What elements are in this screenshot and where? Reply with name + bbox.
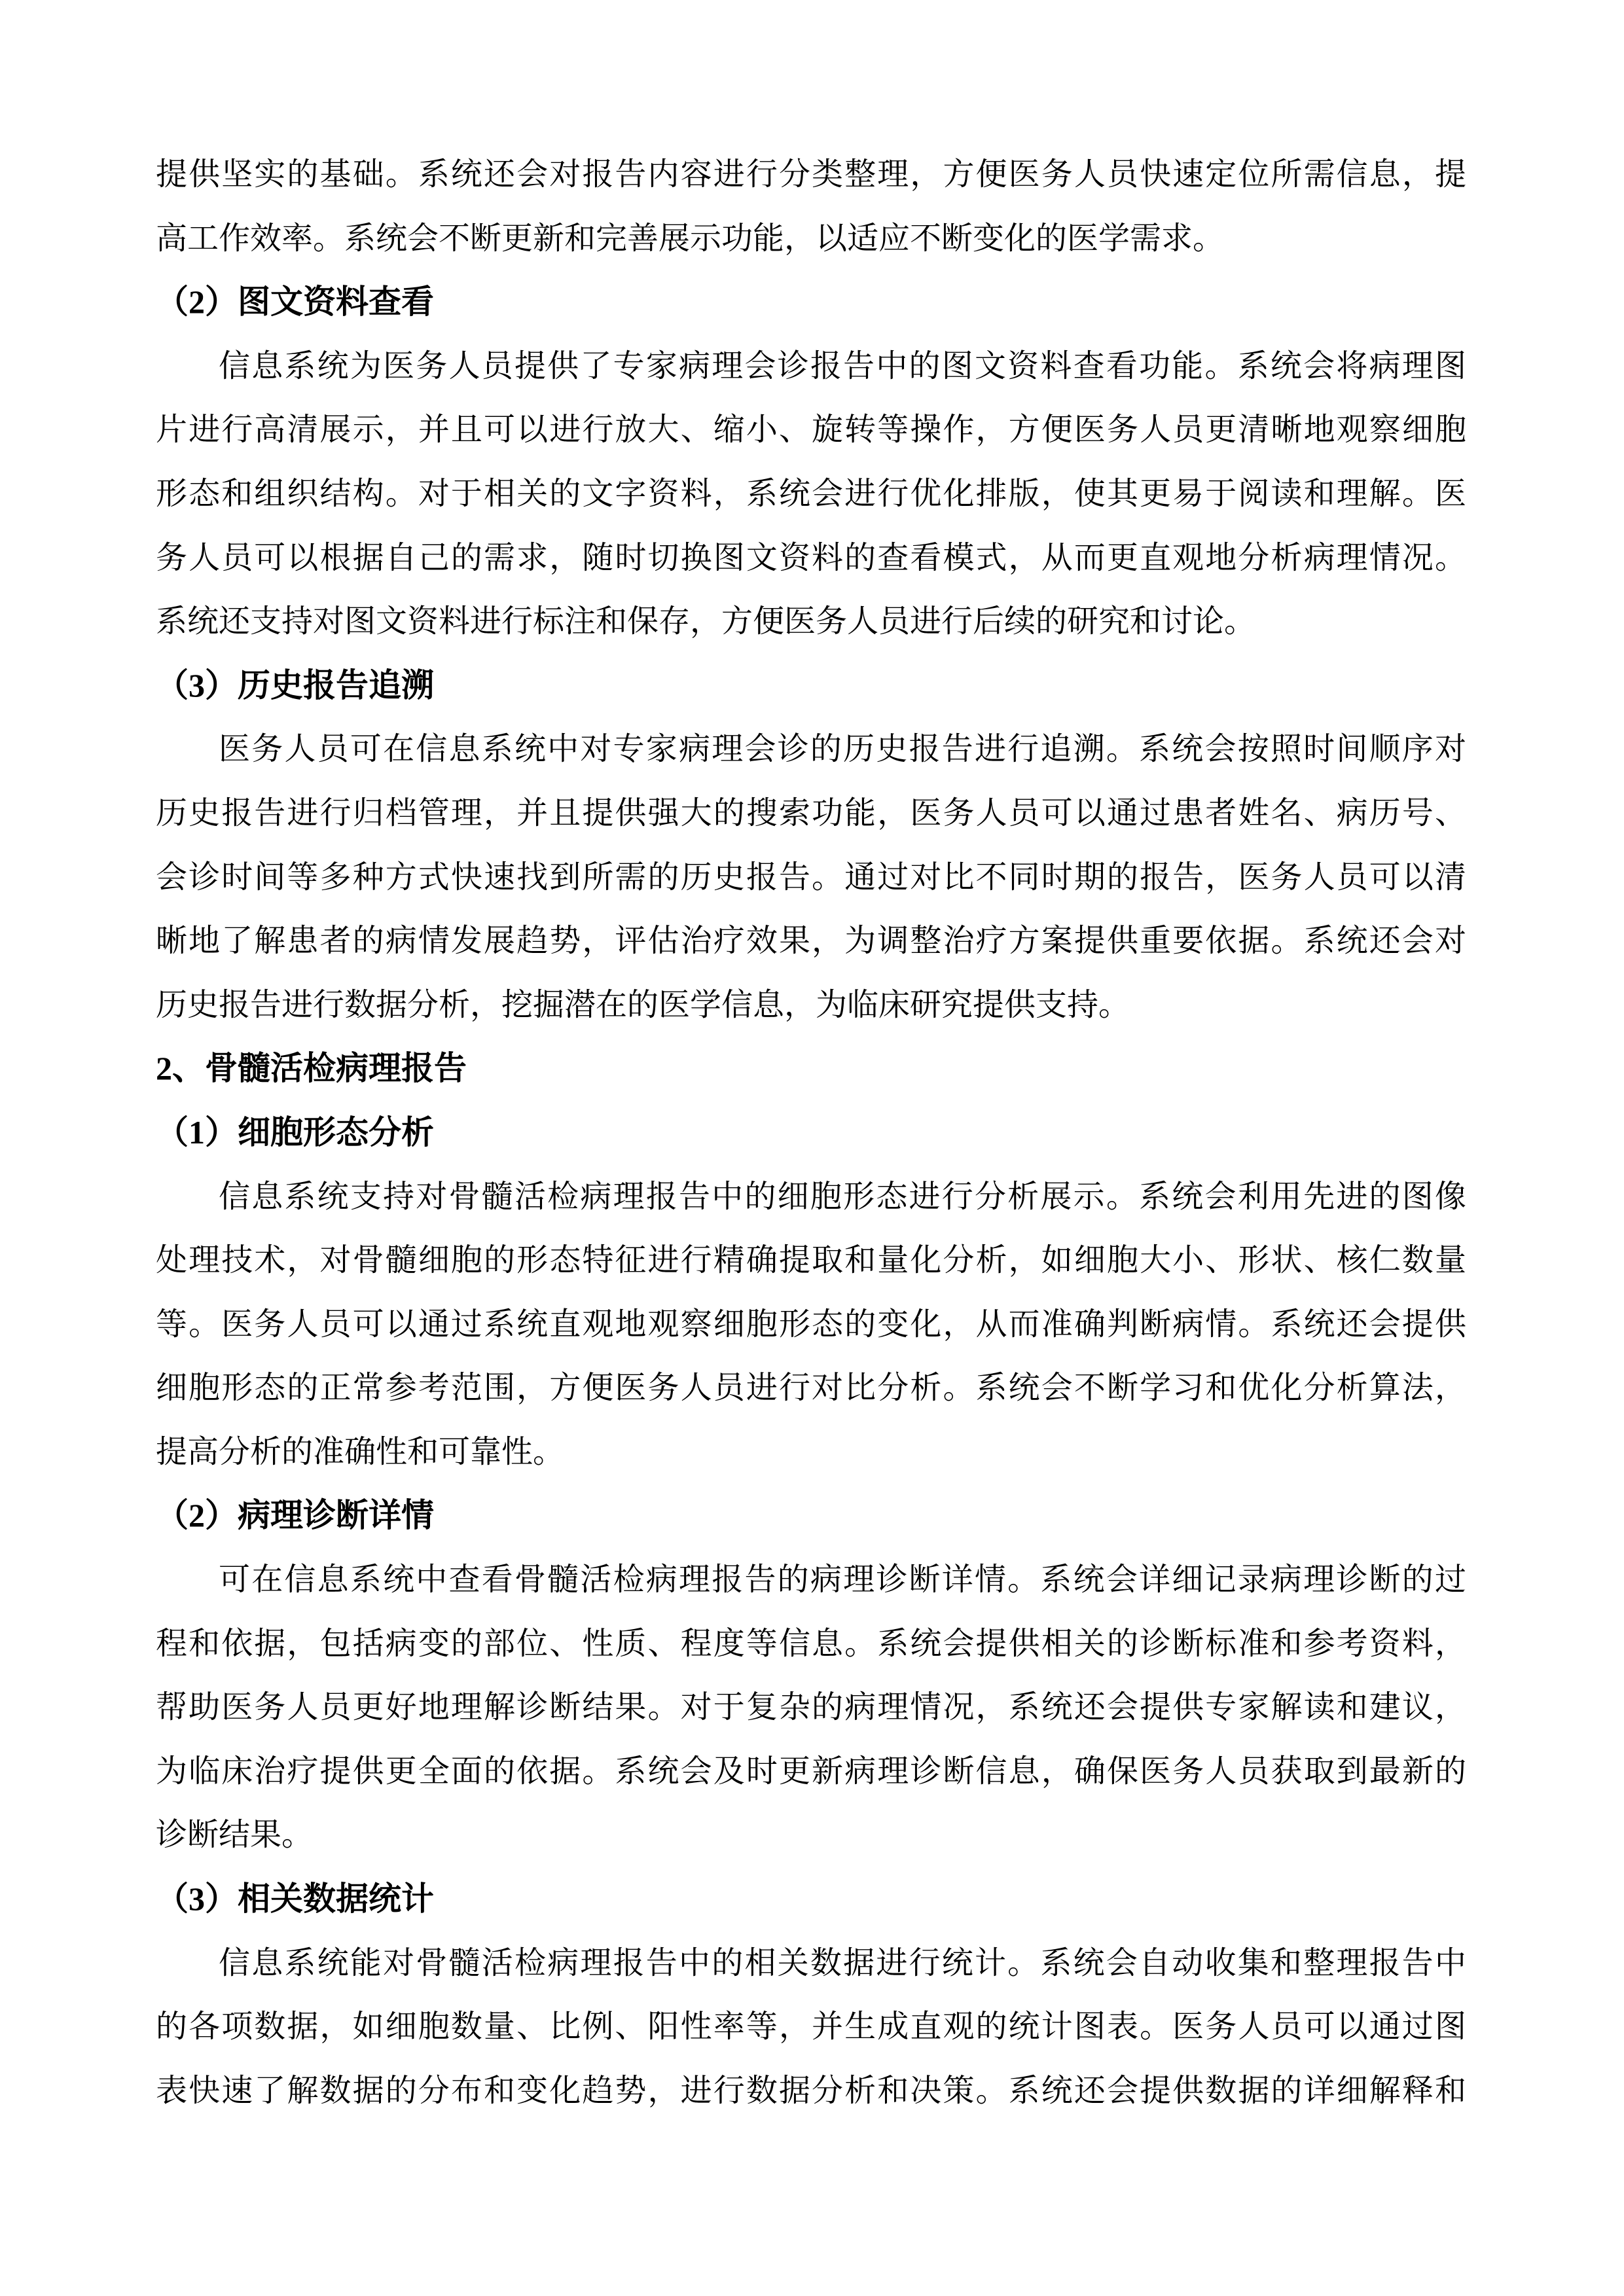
body-line: 高工作效率。系统会不断更新和完善展示功能，以适应不断变化的医学需求。 (156, 207, 1466, 271)
body-line: 形态和组织结构。对于相关的文字资料，系统会进行优化排版，使其更易于阅读和理解。医 (156, 462, 1466, 526)
body-line: 为临床治疗提供更全面的依据。系统会及时更新病理诊断信息，确保医务人员获取到最新的 (156, 1740, 1466, 1804)
body-line: 会诊时间等多种方式快速找到所需的历史报告。通过对比不同时期的报告，医务人员可以清 (156, 846, 1466, 910)
body-line: 的各项数据，如细胞数量、比例、阳性率等，并生成直观的统计图表。医务人员可以通过图 (156, 1995, 1466, 2059)
body-line: 片进行高清展示，并且可以进行放大、缩小、旋转等操作，方便医务人员更清晰地观察细胞 (156, 398, 1466, 462)
body-line: 细胞形态的正常参考范围，方便医务人员进行对比分析。系统会不断学习和优化分析算法， (156, 1356, 1466, 1420)
body-line: 历史报告进行归档管理，并且提供强大的搜索功能，医务人员可以通过患者姓名、病历号、 (156, 781, 1466, 846)
body-line: 提高分析的准确性和可靠性。 (156, 1420, 1466, 1484)
body-line: 医务人员可在信息系统中对专家病理会诊的历史报告进行追溯。系统会按照时间顺序对 (156, 717, 1466, 781)
heading-image-text-view: （2）图文资料查看 (156, 270, 1466, 334)
heading-cell-morphology-analysis: （1）细胞形态分析 (156, 1101, 1466, 1165)
document-page: 提供坚实的基础。系统还会对报告内容进行分类整理，方便医务人员快速定位所需信息，提… (0, 0, 1624, 2296)
heading-history-report-trace: （3）历史报告追溯 (156, 654, 1466, 718)
document-body: 提供坚实的基础。系统还会对报告内容进行分类整理，方便医务人员快速定位所需信息，提… (156, 143, 1466, 2123)
body-line: 系统还支持对图文资料进行标注和保存，方便医务人员进行后续的研究和讨论。 (156, 590, 1466, 654)
body-line: 信息系统为医务人员提供了专家病理会诊报告中的图文资料查看功能。系统会将病理图 (156, 334, 1466, 399)
body-line: 晰地了解患者的病情发展趋势，评估治疗效果，为调整治疗方案提供重要依据。系统还会对 (156, 909, 1466, 973)
body-line: 信息系统能对骨髓活检病理报告中的相关数据进行统计。系统会自动收集和整理报告中 (156, 1931, 1466, 1996)
body-line: 信息系统支持对骨髓活检病理报告中的细胞形态进行分析展示。系统会利用先进的图像 (156, 1165, 1466, 1229)
body-line: 表快速了解数据的分布和变化趋势，进行数据分析和决策。系统还会提供数据的详细解释和 (156, 2059, 1466, 2123)
body-line: 等。医务人员可以通过系统直观地观察细胞形态的变化，从而准确判断病情。系统还会提供 (156, 1293, 1466, 1357)
body-line: 提供坚实的基础。系统还会对报告内容进行分类整理，方便医务人员快速定位所需信息，提 (156, 143, 1466, 207)
body-line: 务人员可以根据自己的需求，随时切换图文资料的查看模式，从而更直观地分析病理情况。 (156, 526, 1466, 590)
body-line: 程和依据，包括病变的部位、性质、程度等信息。系统会提供相关的诊断标准和参考资料， (156, 1612, 1466, 1676)
body-line: 可在信息系统中查看骨髓活检病理报告的病理诊断详情。系统会详细记录病理诊断的过 (156, 1548, 1466, 1612)
body-line: 历史报告进行数据分析，挖掘潜在的医学信息，为临床研究提供支持。 (156, 973, 1466, 1037)
heading-related-data-statistics: （3）相关数据统计 (156, 1867, 1466, 1931)
body-line: 诊断结果。 (156, 1803, 1466, 1867)
body-line: 帮助医务人员更好地理解诊断结果。对于复杂的病理情况，系统还会提供专家解读和建议， (156, 1676, 1466, 1740)
body-line: 处理技术，对骨髓细胞的形态特征进行精确提取和量化分析，如细胞大小、形状、核仁数量 (156, 1229, 1466, 1293)
heading-bone-marrow-biopsy-report: 2、骨髓活检病理报告 (156, 1037, 1466, 1101)
heading-pathology-diagnosis-details: （2）病理诊断详情 (156, 1484, 1466, 1548)
